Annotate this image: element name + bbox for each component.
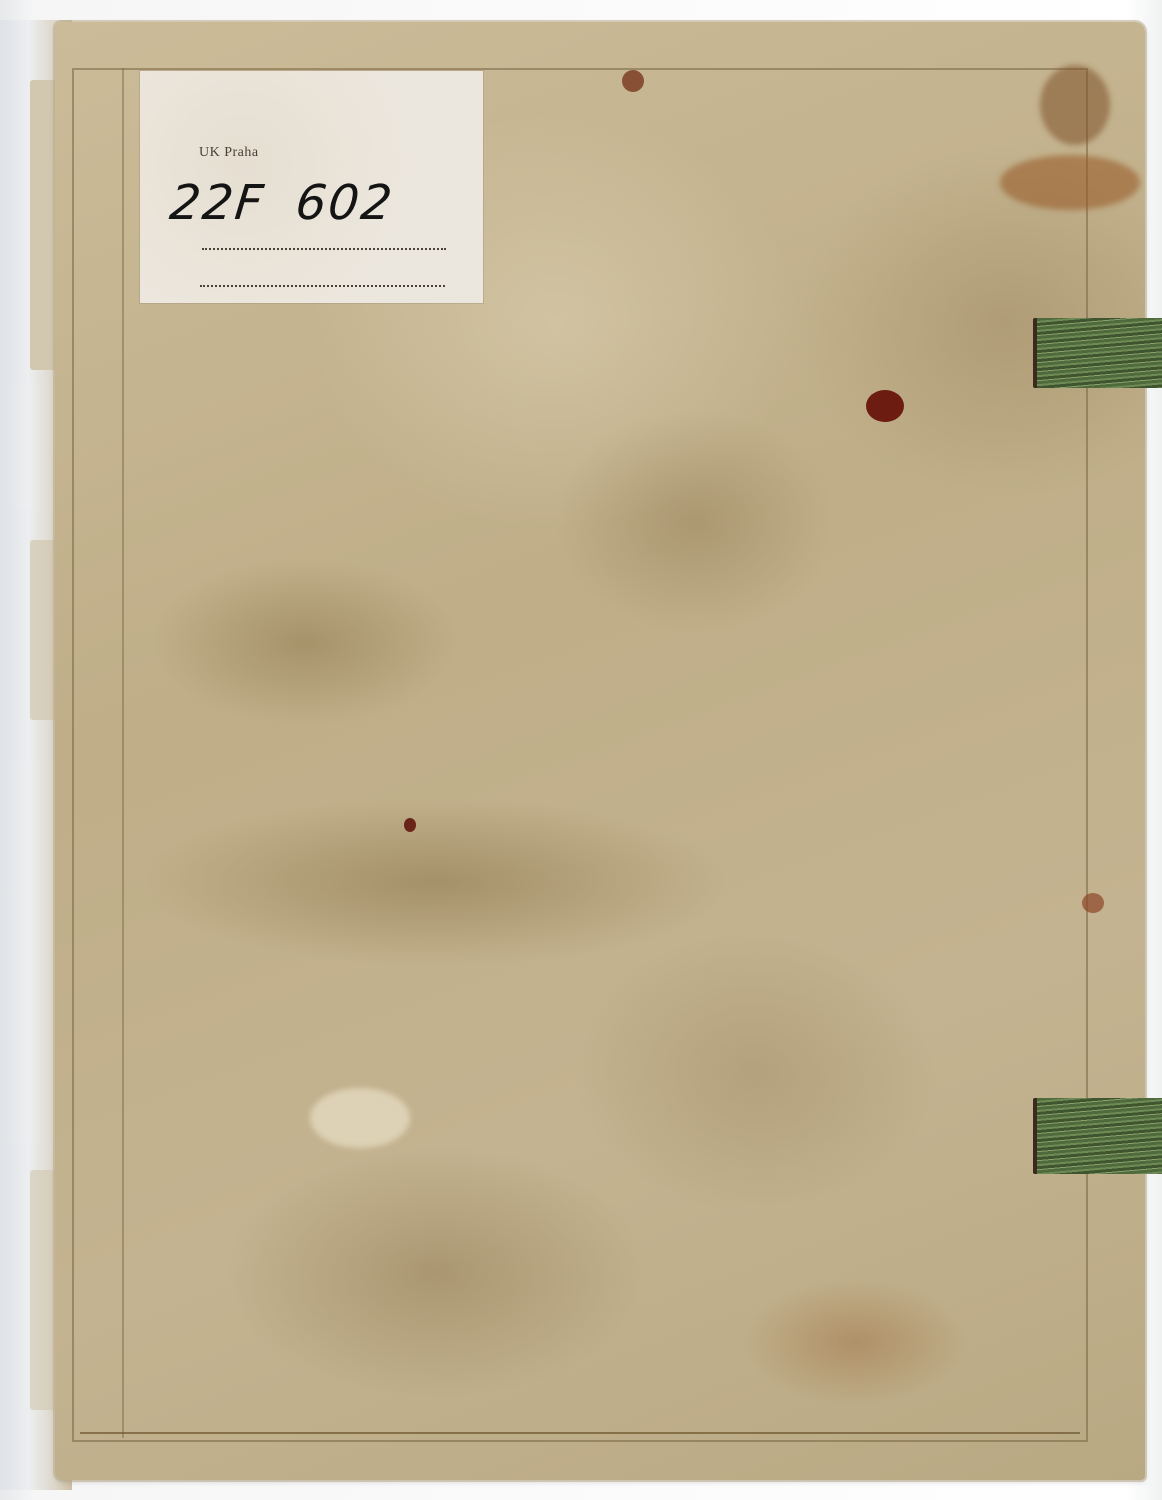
green-cloth-tie-upper (1033, 318, 1162, 388)
brown-spot (1082, 893, 1104, 913)
water-stain (1040, 65, 1110, 145)
green-cloth-tie-lower (1033, 1098, 1162, 1174)
brown-spot (622, 70, 644, 92)
water-stain (1000, 155, 1140, 210)
label-institution: UK Praha (199, 145, 259, 161)
label-shelfmark: 22F 602 (167, 175, 396, 231)
brown-spot (404, 818, 416, 832)
red-spot (866, 390, 904, 422)
cover-bottom-rule (80, 1432, 1080, 1434)
faded-patch (310, 1088, 410, 1148)
label-dotted-line (200, 285, 445, 287)
library-shelfmark-label: UK Praha 22F 602 (140, 71, 483, 303)
label-dotted-line (202, 248, 446, 250)
